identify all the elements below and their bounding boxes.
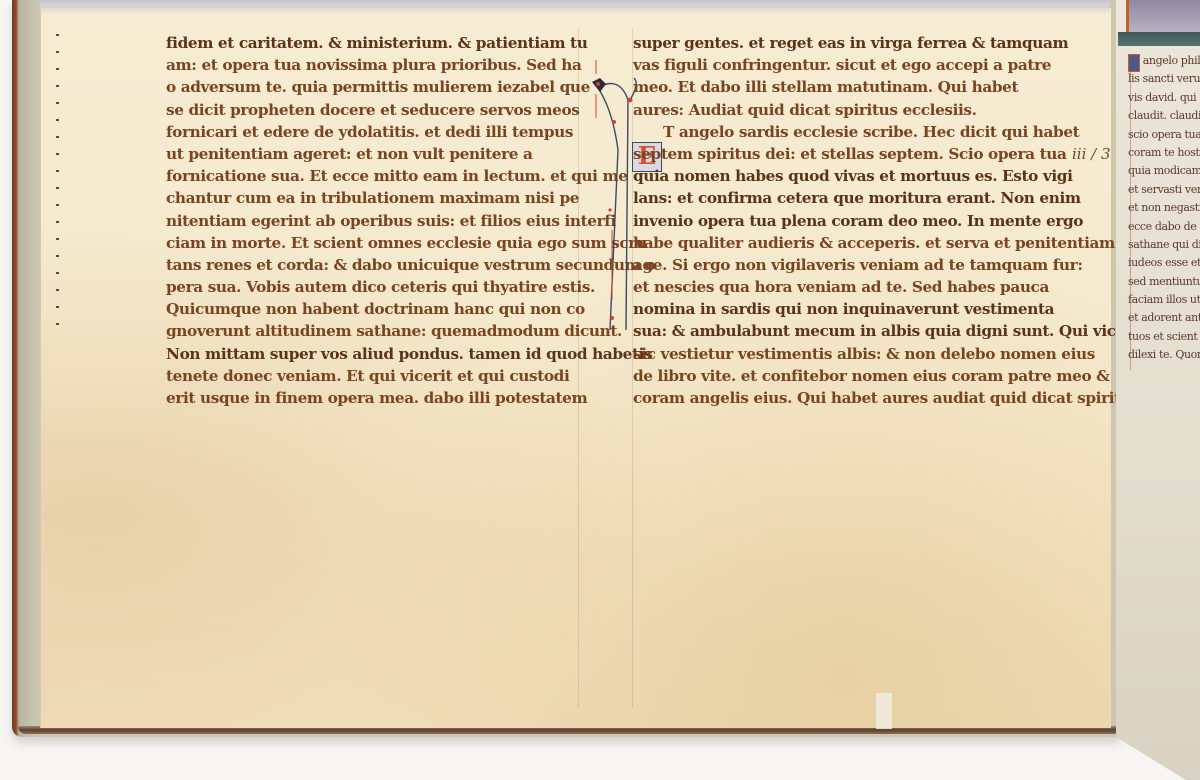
text-line: scio opera tua. ecce dedi [1128, 126, 1200, 144]
text-line: vis david. qui aperit et nemo [1128, 89, 1200, 107]
text-line: ut penitentiam ageret: et non vult penit… [166, 143, 586, 165]
text-line: vas figuli confringentur. sicut et ego a… [633, 54, 1063, 76]
text-line: faciam illos ut veniant [1128, 291, 1200, 309]
page-top-edge [40, 0, 1110, 14]
text-line: sic vestietur vestimentis albis: & non d… [633, 343, 1063, 365]
text-line: age. Si ergo non vigilaveris veniam ad t… [633, 254, 1063, 276]
text-line: o adversum te. quia permittis mulierem i… [166, 76, 586, 98]
text-line: fidem et caritatem. & ministerium. & pat… [166, 32, 586, 54]
margin-chapter-note: iii / 3 [1072, 145, 1111, 163]
text-line: sua: & ambulabunt mecum in albis quia di… [633, 320, 1063, 342]
text-line: et non negasti nomen meum [1128, 199, 1200, 217]
text-line: lans: et confirma cetera que moritura er… [633, 187, 1063, 209]
facing-page-miniature [1126, 0, 1200, 35]
text-line: iudeos esse et non sunt [1128, 254, 1200, 272]
text-line: meo. Et dabo illi stellam matutinam. Qui… [633, 76, 1063, 98]
text-line: quia modicam habes virtutem [1128, 162, 1200, 180]
text-line: chantur cum ea in tribulationem maximam … [166, 187, 586, 209]
text-line: gnoverunt altitudinem sathane: quemadmod… [166, 320, 586, 342]
pricking-marks [56, 30, 62, 330]
text-line: fornicari et edere de ydolatitis. et ded… [166, 121, 586, 143]
text-line: nomina in sardis qui non inquinaverunt v… [633, 298, 1063, 320]
text-line: am: et opera tua novissima plura priorib… [166, 54, 586, 76]
page-tab-marker [876, 693, 892, 729]
text-line: sathane qui dicunt se [1128, 236, 1200, 254]
text-line: habe qualiter audieris & acceperis. et s… [633, 232, 1063, 254]
facing-page-border-band [1118, 32, 1200, 46]
text-line: ciam in morte. Et scient omnes ecclesie … [166, 232, 586, 254]
text-line: se dicit propheten docere et seducere se… [166, 99, 586, 121]
text-line: Quicumque non habent doctrinam hanc qui … [166, 298, 586, 320]
text-line: quia nomen habes quod vivas et mortuus e… [633, 165, 1063, 187]
text-line: lis sancti verus. qui habet [1128, 70, 1200, 88]
text-line: sed mentiuntur. ecce [1128, 273, 1200, 291]
text-line: invenio opera tua plena coram deo meo. I… [633, 210, 1063, 232]
text-column-left: fidem et caritatem. & ministerium. & pat… [166, 32, 586, 409]
text-line: claudit. claudit et nemo aperit [1128, 107, 1200, 125]
facing-page-text: Et angelo philadelp lis sancti verus. qu… [1128, 52, 1200, 365]
text-line: de libro vite. et confitebor nomen eius … [633, 365, 1063, 387]
text-line: et nescies qua hora veniam ad te. Sed ha… [633, 276, 1063, 298]
text-line: tenete donec veniam. Et qui vicerit et q… [166, 365, 586, 387]
text-line: aures: Audiat quid dicat spiritus eccles… [633, 99, 1063, 121]
text-line: tans renes et corda: & dabo unicuique ve… [166, 254, 586, 276]
text-column-right: super gentes. et reget eas in virga ferr… [633, 32, 1063, 409]
text-line: et adorent ante pedes [1128, 309, 1200, 327]
facing-page-initial [1128, 54, 1140, 72]
text-line: coram te hostium apertum [1128, 144, 1200, 162]
text-line: septem spiritus dei: et stellas septem. … [633, 143, 1063, 165]
text-line: fornicatione sua. Et ecce mitto eam in l… [166, 165, 586, 187]
text-line: T angelo sardis ecclesie scribe. Hec dic… [633, 121, 1063, 143]
text-line: tuos et scient quia ego [1128, 328, 1200, 346]
text-line: ecce dabo de sinagoga [1128, 218, 1200, 236]
text-line: Non mittam super vos aliud pondus. tamen… [166, 343, 586, 365]
text-line: et servasti verbum meum [1128, 181, 1200, 199]
text-line: super gentes. et reget eas in virga ferr… [633, 32, 1063, 54]
text-line: pera sua. Vobis autem dico ceteris qui t… [166, 276, 586, 298]
text-line: erit usque in finem opera mea. dabo illi… [166, 387, 586, 409]
text-line: dilexi te. Quoniam servasti [1128, 346, 1200, 364]
text-line: coram angelis eius. Qui habet aures audi… [633, 387, 1063, 409]
text-line: nitentiam egerint ab operibus suis: et f… [166, 210, 586, 232]
